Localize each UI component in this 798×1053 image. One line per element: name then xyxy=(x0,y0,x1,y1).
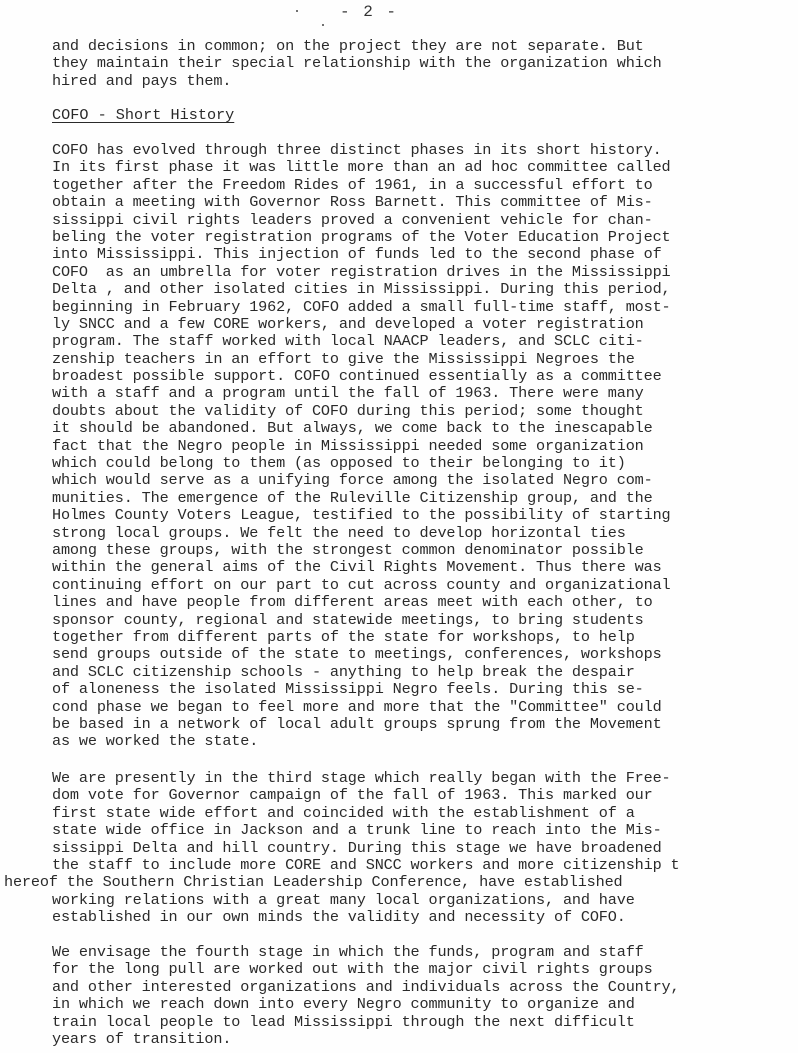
text-line: program. The staff worked with local NAA… xyxy=(52,333,671,350)
text-line: sissippi civil rights leaders proved a c… xyxy=(52,212,671,229)
text-line: munities. The emergence of the Ruleville… xyxy=(52,490,671,507)
text-line: within the general aims of the Civil Rig… xyxy=(52,559,671,576)
text-line: lines and have people from different are… xyxy=(52,594,671,611)
text-line: Holmes County Voters League, testified t… xyxy=(52,507,671,524)
text-line: the staff to include more CORE and SNCC … xyxy=(52,857,679,874)
text-line: hereof the Southern Christian Leadership… xyxy=(4,874,679,891)
text-line: which would serve as a unifying force am… xyxy=(52,472,671,489)
text-line: train local people to lead Mississippi t… xyxy=(52,1014,679,1031)
scan-speck xyxy=(322,24,324,26)
text-line: of aloneness the isolated Mississippi Ne… xyxy=(52,681,671,698)
text-line: and other interested organizations and i… xyxy=(52,979,679,996)
text-line: sissippi Delta and hill country. During … xyxy=(52,840,679,857)
section-heading: COFO - Short History xyxy=(52,107,234,124)
text-line: state wide office in Jackson and a trunk… xyxy=(52,822,679,839)
text-line: We are presently in the third stage whic… xyxy=(52,770,679,787)
text-line: years of transition. xyxy=(52,1031,679,1048)
document-page: - 2 - and decisions in common; on the pr… xyxy=(0,0,798,1053)
text-line: hired and pays them. xyxy=(52,73,662,90)
text-line: ly SNCC and a few CORE workers, and deve… xyxy=(52,316,671,333)
text-line: strong local groups. We felt the need to… xyxy=(52,525,671,542)
text-line: into Mississippi. This injection of fund… xyxy=(52,246,671,263)
text-line: be based in a network of local adult gro… xyxy=(52,716,671,733)
text-line: Delta , and other isolated cities in Mis… xyxy=(52,281,671,298)
text-line: established in our own minds the validit… xyxy=(52,909,679,926)
text-line: together after the Freedom Rides of 1961… xyxy=(52,177,671,194)
text-line: broadest possible support. COFO continue… xyxy=(52,368,671,385)
text-line: In its first phase it was little more th… xyxy=(52,159,671,176)
paragraph-third-stage: We are presently in the third stage whic… xyxy=(52,770,679,927)
text-line: and SCLC citizenship schools - anything … xyxy=(52,664,671,681)
text-line: cond phase we began to feel more and mor… xyxy=(52,699,671,716)
text-line: beling the voter registration programs o… xyxy=(52,229,671,246)
text-line: doubts about the validity of COFO during… xyxy=(52,403,671,420)
text-line: COFO as an umbrella for voter registrati… xyxy=(52,264,671,281)
text-line: with a staff and a program until the fal… xyxy=(52,385,671,402)
text-line: obtain a meeting with Governor Ross Barn… xyxy=(52,194,671,211)
text-line: continuing effort on our part to cut acr… xyxy=(52,577,671,594)
text-line: it should be abandoned. But always, we c… xyxy=(52,420,671,437)
text-line: send groups outside of the state to meet… xyxy=(52,646,671,663)
intro-paragraph: and decisions in common; on the project … xyxy=(52,38,662,90)
text-line: first state wide effort and coincided wi… xyxy=(52,805,679,822)
scan-speck xyxy=(296,10,298,12)
text-line: together from different parts of the sta… xyxy=(52,629,671,646)
text-line: COFO has evolved through three distinct … xyxy=(52,142,671,159)
text-line: for the long pull are worked out with th… xyxy=(52,961,679,978)
text-line: working relations with a great many loca… xyxy=(52,892,679,909)
text-line: which could belong to them (as opposed t… xyxy=(52,455,671,472)
page-number: - 2 - xyxy=(340,3,398,21)
text-line: sponsor county, regional and statewide m… xyxy=(52,612,671,629)
text-line: We envisage the fourth stage in which th… xyxy=(52,944,679,961)
text-line: beginning in February 1962, COFO added a… xyxy=(52,299,671,316)
text-line: as we worked the state. xyxy=(52,733,671,750)
paragraph-fourth-stage: We envisage the fourth stage in which th… xyxy=(52,944,679,1048)
text-line: they maintain their special relationship… xyxy=(52,55,662,72)
text-line: dom vote for Governor campaign of the fa… xyxy=(52,787,679,804)
text-line: among these groups, with the strongest c… xyxy=(52,542,671,559)
text-line: and decisions in common; on the project … xyxy=(52,38,662,55)
text-line: zenship teachers in an effort to give th… xyxy=(52,351,671,368)
paragraph-cofo-phases: COFO has evolved through three distinct … xyxy=(52,142,671,751)
text-line: fact that the Negro people in Mississipp… xyxy=(52,438,671,455)
text-line: in which we reach down into every Negro … xyxy=(52,996,679,1013)
